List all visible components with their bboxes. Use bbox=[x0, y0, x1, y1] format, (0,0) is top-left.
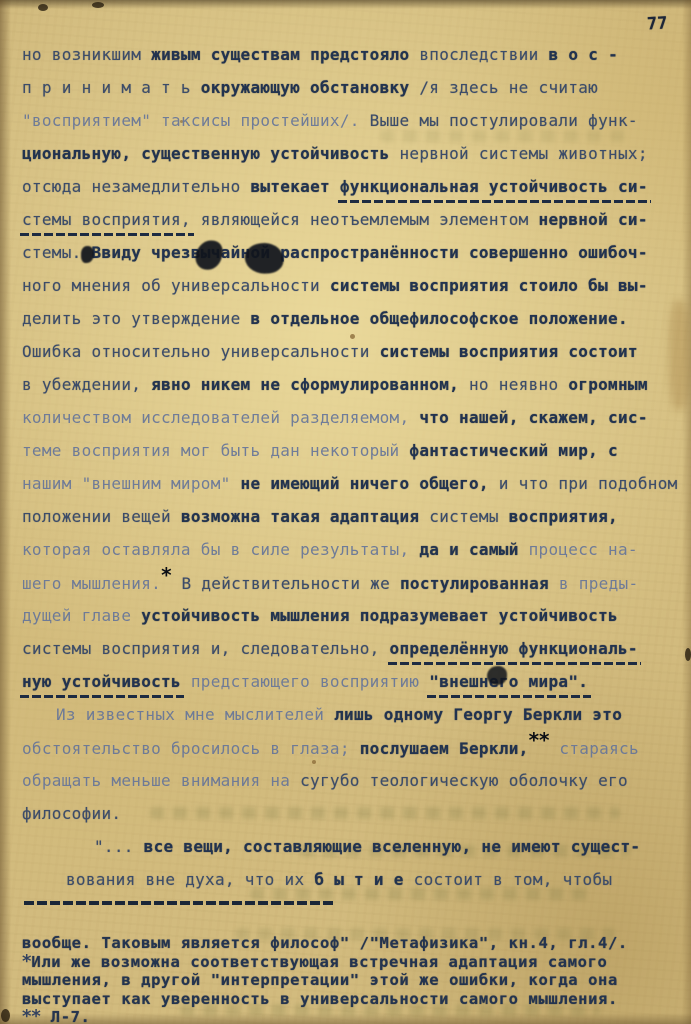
body-text: но возникшим живым существам предстояло … bbox=[22, 38, 682, 896]
typed-text-segment: послушаем Беркли, bbox=[360, 739, 529, 758]
text-line: системы восприятия и, следовательно, опр… bbox=[22, 632, 682, 665]
typed-text-segment: не имеющий ничего общего, bbox=[241, 474, 489, 493]
typed-text-segment: вытекает bbox=[250, 177, 339, 196]
text-line: количеством исследователей разделяемом, … bbox=[22, 401, 682, 434]
typed-text-segment: нашим "внешним миром" bbox=[22, 474, 241, 493]
text-line: Из известных мне мыслителей лишь одному … bbox=[56, 698, 682, 731]
text-line: стемы. Ввиду чрезвычайной распространённ… bbox=[22, 236, 682, 269]
typed-text-segment: определённую функциональ- bbox=[390, 639, 638, 658]
footnote-marker-asterisk: ** bbox=[22, 1006, 41, 1024]
typed-text-segment: "внешнего мира". bbox=[429, 672, 588, 691]
typed-text-segment: ную устойчивость bbox=[22, 672, 181, 691]
typed-text-segment: сугубо теологическую оболочку его bbox=[300, 771, 628, 790]
typed-text-segment: положении вещей bbox=[22, 507, 181, 526]
text-line: обращать меньше внимания на сугубо теоло… bbox=[22, 764, 682, 797]
typed-text-segment: впоследствии bbox=[409, 45, 548, 64]
typed-text-segment: в о с - bbox=[548, 45, 618, 64]
typed-text-segment: явно никем не сформулированном, bbox=[151, 375, 459, 394]
footnote-line: ** Л-7. bbox=[22, 1008, 684, 1024]
typed-text-segment: лишь одному Георгу Беркли это bbox=[334, 705, 622, 724]
typed-text-segment: процесс на- bbox=[519, 540, 638, 559]
footnote-line: вообще. Таковым является философ" /"Мета… bbox=[22, 934, 684, 953]
text-line: "восприятием" таксисы простейших/. Выше … bbox=[22, 104, 682, 137]
typed-text-segment: шего мышления. bbox=[22, 574, 161, 593]
text-line: шего мышления.* В действительности же по… bbox=[22, 566, 682, 599]
typed-text-segment: выступает как уверенность в универсально… bbox=[22, 990, 618, 1008]
typed-text-segment: и что при подобном bbox=[489, 474, 678, 493]
typed-text-segment: являющейся неотъемлемым элементом bbox=[191, 210, 539, 229]
footnote-line: выступает как уверенность в универсально… bbox=[22, 990, 684, 1009]
typed-text-segment: все вещи, составляющие вселенную, bbox=[144, 837, 472, 856]
text-line: нашим "внешним миром" не имеющий ничего … bbox=[22, 467, 682, 500]
typed-text-segment: количеством исследователей разделяемом, bbox=[22, 408, 419, 427]
typed-text-segment: состоит в том, чтобы bbox=[404, 870, 613, 889]
paper-speck bbox=[685, 648, 691, 661]
typed-text-segment: обстоятельство бросилось в глаза; bbox=[22, 739, 360, 758]
typed-text-segment: вообще. Таковым является философ" /"Мета… bbox=[22, 934, 628, 952]
typed-text-segment: но возникшим bbox=[22, 45, 151, 64]
typed-text-segment: которая оставляла бы в силе результаты, bbox=[22, 540, 419, 559]
text-line: "... все вещи, составляющие вселенную, н… bbox=[94, 830, 682, 863]
page-number: 77 bbox=[646, 13, 668, 34]
typed-text-segment: В действительности же bbox=[172, 574, 400, 593]
typed-text-segment: вования вне духа, что их bbox=[66, 870, 314, 889]
typed-text-segment: системы bbox=[429, 507, 508, 526]
typed-text-segment: "... bbox=[94, 837, 144, 856]
text-line: отсюда незамедлительно вытекает функцион… bbox=[22, 170, 682, 203]
typed-text-segment: огромным bbox=[568, 375, 647, 394]
text-line: Ошибка относительно универсальности сист… bbox=[22, 335, 682, 368]
typed-text-segment: что нашей, скажем, сис- bbox=[419, 408, 647, 427]
text-line: теме восприятия мог быть дан некоторый ф… bbox=[22, 434, 682, 467]
typed-text-segment: ного мнения об универсальности bbox=[22, 276, 330, 295]
typed-text-segment: постулированная bbox=[400, 574, 549, 593]
typed-text-segment: функциональная устойчивость си- bbox=[340, 177, 648, 196]
text-line: но возникшим живым существам предстояло … bbox=[22, 38, 682, 71]
typed-text-segment: системы восприятия и, следовательно, bbox=[22, 639, 390, 658]
footnote-line: мышления, в другой "интерпретации" этой … bbox=[22, 971, 684, 990]
paper-speck bbox=[1, 1009, 10, 1022]
typed-text-segment: системы восприятия состоит bbox=[380, 342, 638, 361]
typed-text-segment: нервной системы животных; bbox=[399, 144, 647, 163]
ink-blot bbox=[487, 666, 507, 685]
typed-text-segment: но неявно bbox=[459, 375, 568, 394]
typed-text-segment: философии. bbox=[22, 804, 121, 823]
manuscript-page-scan: 77 но возникшим живым существам предстоя… bbox=[0, 0, 691, 1024]
text-line: вования вне духа, что их б ы т и е состо… bbox=[66, 863, 682, 896]
typed-text-segment: "восприятием" таксисы простейших/. bbox=[22, 111, 370, 130]
text-line: п р и н и м а т ь окружающую обстановку … bbox=[22, 71, 682, 104]
typed-text-segment: системы восприятия стоило бы вы- bbox=[330, 276, 648, 295]
typed-text-segment: да и самый bbox=[419, 540, 518, 559]
footnote-marker-asterisk: * bbox=[161, 563, 171, 587]
footnote-marker-asterisk: * bbox=[22, 951, 31, 972]
text-line: циональную, существенную устойчивость не… bbox=[22, 137, 682, 170]
text-line: которая оставляла бы в силе результаты, … bbox=[22, 533, 682, 566]
footnote-separator-line bbox=[24, 901, 336, 905]
typed-text-segment: Или же возможна соответствующая встречна… bbox=[31, 953, 607, 971]
typed-text-segment: /я здесь не считаю bbox=[409, 78, 598, 97]
typed-text-segment: устойчивость мышления подразумевает усто… bbox=[141, 606, 618, 625]
typed-text-segment: мышления, в другой "интерпретации" этой … bbox=[22, 971, 618, 989]
typed-text-segment: не имеют сущест- bbox=[471, 837, 640, 856]
footnote-line: *Или же возможна соответствующая встречн… bbox=[22, 953, 684, 972]
typed-text-segment: в отдельное общефилософское положение. bbox=[250, 309, 627, 328]
text-line: ную устойчивость предстающего восприятию… bbox=[22, 665, 682, 698]
text-line: положении вещей возможна такая адаптация… bbox=[22, 500, 682, 533]
typed-text-segment: делить это утверждение bbox=[22, 309, 250, 328]
typed-text-segment: отсюда незамедлительно bbox=[22, 177, 250, 196]
typed-text-segment: циональную, существенную устойчивость bbox=[22, 144, 399, 163]
scan-edge-right bbox=[682, 0, 691, 1024]
text-line: обстоятельство бросилось в глаза; послуш… bbox=[22, 731, 682, 764]
scan-edge-left bbox=[0, 0, 11, 1024]
typed-text-segment: теме восприятия мог быть дан некоторый bbox=[22, 441, 409, 460]
text-line: философии. bbox=[22, 797, 682, 830]
footnote-marker-asterisk: ** bbox=[529, 728, 550, 752]
text-line: дущей главе устойчивость мышления подраз… bbox=[22, 599, 682, 632]
typed-text-segment: дущей главе bbox=[22, 606, 141, 625]
typed-text-segment: Ошибка относительно универсальности bbox=[22, 342, 380, 361]
typed-text-segment: стемы восприятия, bbox=[22, 210, 191, 229]
typed-text-segment: Из известных мне мыслителей bbox=[56, 705, 334, 724]
paper-speck bbox=[92, 2, 104, 8]
typed-text-segment: живым существам предстояло bbox=[151, 45, 409, 64]
typed-text-segment: Л-7. bbox=[41, 1008, 91, 1024]
typed-text-segment: предстающего восприятию bbox=[181, 672, 429, 691]
text-line: в убеждении, явно никем не сформулирован… bbox=[22, 368, 682, 401]
typed-text-segment: обращать меньше внимания на bbox=[22, 771, 300, 790]
typed-text-segment: стараясь bbox=[550, 739, 639, 758]
typed-text-segment: восприятия, bbox=[509, 507, 618, 526]
typed-text-segment: совершенно ошибоч- bbox=[469, 243, 648, 262]
text-line: ного мнения об универсальности системы в… bbox=[22, 269, 682, 302]
typed-text-segment: б ы т и е bbox=[314, 870, 403, 889]
typed-text-segment: Выше мы постулировали функ- bbox=[370, 111, 638, 130]
footnotes-block: вообще. Таковым является философ" /"Мета… bbox=[22, 934, 684, 1024]
typed-text-segment: фантастический мир, с bbox=[409, 441, 618, 460]
text-line: делить это утверждение в отдельное общеф… bbox=[22, 302, 682, 335]
text-line: стемы восприятия, являющейся неотъемлемы… bbox=[22, 203, 682, 236]
typed-text-segment: п р и н и м а т ь bbox=[22, 78, 201, 97]
typed-text-segment: окружающую обстановку bbox=[201, 78, 410, 97]
paper-speck bbox=[38, 4, 48, 11]
typed-text-segment: в убеждении, bbox=[22, 375, 151, 394]
typed-text-segment: в преды- bbox=[549, 574, 638, 593]
typed-text-segment: нервной си- bbox=[539, 210, 648, 229]
typed-text-segment: возможна такая адаптация bbox=[181, 507, 429, 526]
